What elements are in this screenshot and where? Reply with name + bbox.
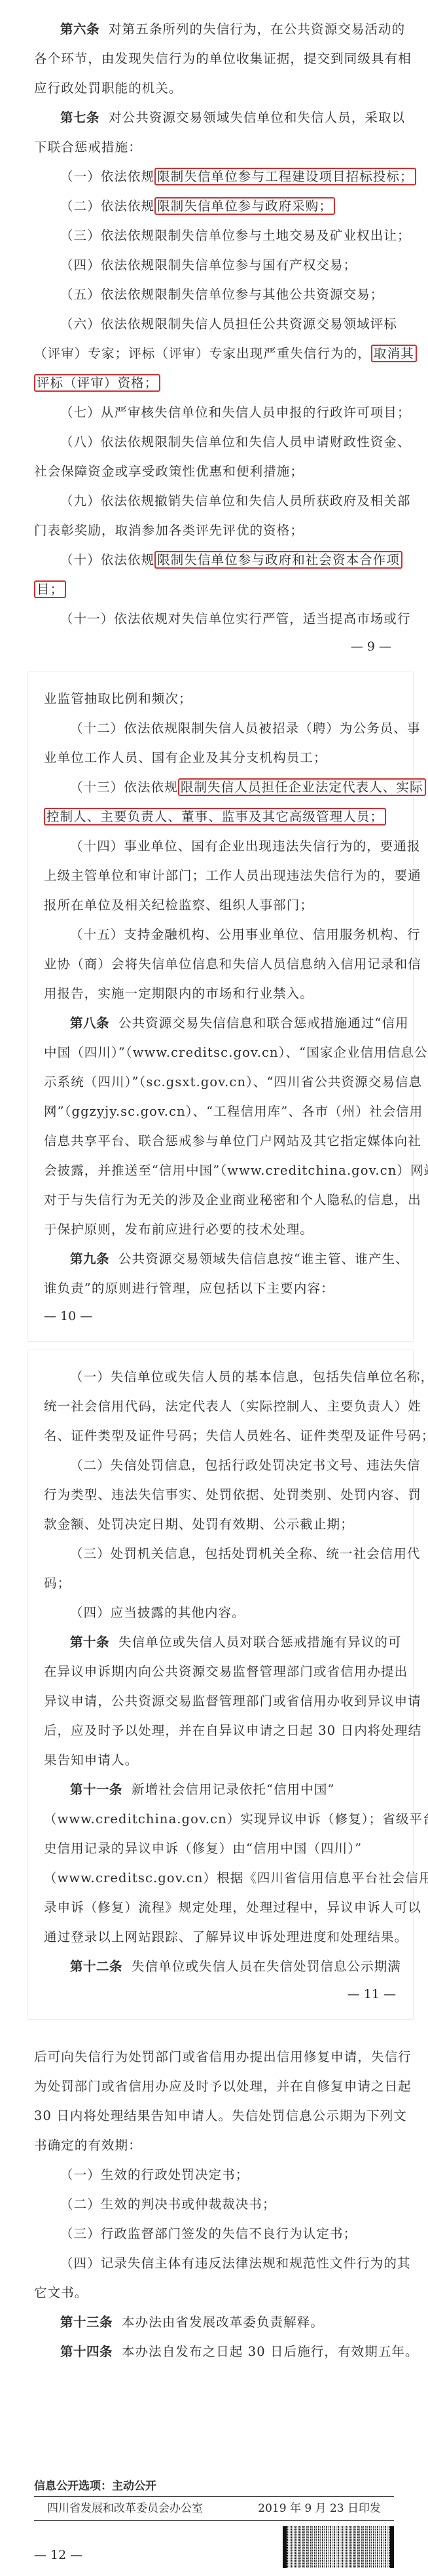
text-line: （八）依法依规限制失信单位和失信人员申请财政性资金、	[34, 427, 394, 457]
line-text: （四）依法依规限制失信单位参与国有产权交易；	[60, 257, 357, 273]
line-text: 谁负责”的原则进行管理，应包括以下主要内容：	[44, 1281, 334, 1296]
text-line: 录申诉（修复）流程》规定处理，处理过程中，异议申诉人可以	[44, 1893, 399, 1922]
line-text: 于保护原则，发布前应进行必要的技术处理。	[44, 1222, 313, 1237]
page-11: （一）失信单位或失信人员的基本信息，包括失信单位名称，统一社会信用代码，法定代表…	[27, 1350, 414, 2020]
text-line: 第十三条本办法由省发展改革委负责解释。	[34, 2307, 394, 2337]
text-line: （四）记录失信主体有违反法律法规和规范性文件行为的其	[34, 2248, 394, 2278]
issuer-row: 四川省发展和改革委员会办公室 2019 年 9 月 23 日印发	[34, 2497, 394, 2520]
text-line: （十三）依法依规限制失信人员担任企业法定代表人、实际	[44, 772, 399, 802]
footer-bottom-row: — 12 —	[34, 2526, 394, 2568]
text-line: 信息共享平台、联合惩戒参与单位门户网站及其它指定媒体向社	[44, 1126, 399, 1156]
line-text: （二）生效的判决书或仲裁裁决书；	[60, 2197, 276, 2212]
text-line: （十一）依法依规对失信单位实行严管，适当提高市场或行	[34, 604, 394, 634]
line-text: 它文书。	[34, 2285, 88, 2300]
article-heading: 第六条	[60, 22, 99, 37]
text-line: 用报告，实施一定期限内的市场和行业禁入。	[44, 979, 399, 1008]
text-line: （www.creditsc.gov.cn）根据《四川省信用信息平台社会信用记	[44, 1863, 399, 1893]
line-text: 30 日内将处理结果告知申请人。失信处罚信息公示期为下列文	[34, 2108, 407, 2123]
line-text: 门表彰奖励，取消参加各类评先评优的资格；	[34, 523, 304, 538]
text-line: （一）依法依规限制失信单位参与工程建设项目招标投标；	[34, 162, 394, 191]
line-text: （七）从严审核失信单位和失信人员申报的行政许可项目；	[60, 405, 411, 420]
highlighted-text: 控制人、主要负责人、董事、监事及其它高级管理人员；	[44, 808, 386, 825]
text-line: 第十二条失信单位或失信人员在失信处罚信息公示期满	[44, 1952, 399, 1981]
line-text: （四）应当披露的其他内容。	[70, 1605, 245, 1620]
text-line: 款金额、处罚决定日期、处罚有效期、公示截止期；	[44, 1509, 399, 1539]
line-text: 后，应及时予以处理，并在自异议申请之日起 30 日内将处理结	[44, 1723, 421, 1738]
line-text: 网”（ggzyjy.sc.gov.cn）、“工程信用库”、各市（州）社会信用	[44, 1104, 423, 1119]
article-heading: 第七条	[60, 110, 99, 125]
2d-barcode-icon	[283, 2526, 394, 2568]
text-line: 目；	[34, 575, 394, 604]
text-line: （二）失信处罚信息，包括行政处罚决定书文号、违法失信	[44, 1450, 399, 1480]
line-text: （三）依法依规限制失信单位参与土地交易及矿业权出让；	[60, 228, 411, 243]
line-prefix: （一）依法依规	[60, 169, 154, 184]
line-text: 本办法自发布之日起 30 日后施行，有效期五年。	[122, 2344, 419, 2359]
text-line: 通过登录以上网站跟踪、了解异议申诉处理进度和处理结果。	[44, 1922, 399, 1952]
line-text: 业监管抽取比例和频次；	[44, 691, 192, 706]
line-text: 书确定的有效期：	[34, 2138, 142, 2153]
text-line: （四）依法依规限制失信单位参与国有产权交易；	[34, 250, 394, 280]
highlighted-text: 取消其	[371, 345, 417, 362]
line-text: （一）失信单位或失信人员的基本信息，包括失信单位名称，	[70, 1369, 428, 1384]
highlighted-text: 目；	[34, 580, 66, 598]
text-line: 第八条公共资源交易失信信息和联合惩戒措施通过“信用	[44, 1008, 399, 1038]
text-line: 为处罚部门或省信用办应及时予以处理，并在自修复申请之日起	[34, 2072, 394, 2101]
text-line: （www.creditchina.gov.cn）实现异议申诉（修复）；省级平台历	[44, 1804, 399, 1834]
page-number: — 9 —	[34, 634, 394, 660]
line-text: 为处罚部门或省信用办应及时予以处理，并在自修复申请之日起	[34, 2079, 412, 2094]
text-line: 报所在单位及相关纪检监察、组织人事部门；	[44, 890, 399, 920]
highlighted-text: 限制失信单位参与工程建设项目招标投标；	[154, 168, 416, 185]
text-line: 第六条对第五条所列的失信行为，在公共资源交易活动的	[34, 14, 394, 44]
line-prefix: （评审）专家；评标（评审）专家出现严重失信行为的，	[34, 346, 371, 361]
text-line: 业监管抽取比例和频次；	[44, 684, 399, 713]
text-line: 社会保障资金或享受政策性优惠和便利措施；	[34, 457, 394, 486]
line-text: 异议申请，公共资源交易监督管理部门或省信用办收到异议申请	[44, 1694, 421, 1709]
text-line: （四）应当披露的其他内容。	[44, 1598, 399, 1627]
line-text: （www.creditchina.gov.cn）实现异议申诉（修复）；省级平台历	[44, 1811, 428, 1827]
line-text: 中国（四川）”（www.creditsc.gov.cn）、“国家企业信用信息公	[44, 1045, 428, 1060]
line-text: 通过登录以上网站跟踪、了解异议申诉处理进度和处理结果。	[44, 1929, 408, 1944]
text-line: 后可向失信行为处罚部门或省信用办提出信用修复申请，失信行	[34, 2042, 394, 2072]
text-line: （十五）支持金融机构、公用事业单位、信用服务机构、行	[44, 920, 399, 949]
line-text: 用报告，实施一定期限内的市场和行业禁入。	[44, 986, 313, 1001]
article-heading: 第十一条	[70, 1782, 122, 1797]
line-text: 各个环节，由发现失信行为的单位收集证据，提交到同级具有相	[34, 51, 412, 66]
page-gap	[0, 2020, 428, 2028]
page-gap	[0, 1342, 428, 1350]
text-line: 下联合惩戒措施：	[34, 132, 394, 162]
line-text: （十二）依法依规限制失信人员被招录（聘）为公务员、事	[70, 721, 421, 736]
issue-date: 2019 年 9 月 23 日印发	[258, 2497, 381, 2520]
text-line: （二）依法依规限制失信单位参与政府采购；	[34, 191, 394, 221]
text-line: （六）依法依规限制失信人员担任公共资源交易领域评标	[34, 309, 394, 339]
line-text: 会披露，并推送至“信用中国”（www.creditchina.gov.cn）网站…	[44, 1163, 428, 1178]
text-line: 对于与失信行为无关的涉及企业商业秘密和个人隐私的信息，出	[44, 1185, 399, 1215]
text-line: （十四）事业单位、国有企业出现违法失信行为的，要通报	[44, 831, 399, 861]
line-text: 名、证件类型及证件号码；失信人员姓名、证件类型及证件号码；	[44, 1428, 428, 1443]
text-line: 门表彰奖励，取消参加各类评先评优的资格；	[34, 516, 394, 545]
page-number: — 10 —	[44, 1303, 399, 1329]
line-text: 行为类型、违法失信事实、处罚依据、处罚类别、处罚内容、罚	[44, 1487, 421, 1502]
text-line: 业协（商）会将失信单位信息和失信人员信息纳入信用记录和信	[44, 949, 399, 979]
line-text: 示系统（四川）”（sc.gsxt.gov.cn）、“四川省公共资源交易信息	[44, 1074, 422, 1089]
text-line: （三）依法依规限制失信单位参与土地交易及矿业权出让；	[34, 221, 394, 250]
text-line: 统一社会信用代码，法定代表人（实际控制人、主要负责人）姓	[44, 1392, 399, 1421]
text-line: 后，应及时予以处理，并在自异议申请之日起 30 日内将处理结	[44, 1716, 399, 1745]
text-line: 第十条失信单位或失信人员对联合惩戒措施有异议的可	[44, 1627, 399, 1657]
line-text: 报所在单位及相关纪检监察、组织人事部门；	[44, 898, 313, 913]
line-text: 对第五条所列的失信行为，在公共资源交易活动的	[109, 22, 405, 37]
text-line: （十）依法依规限制失信单位参与政府和社会资本合作项	[34, 545, 394, 575]
page-10: 业监管抽取比例和频次；（十二）依法依规限制失信人员被招录（聘）为公务员、事业单位…	[27, 672, 414, 1342]
issuer-name: 四川省发展和改革委员会办公室	[47, 2497, 203, 2520]
line-text: 新增社会信用记录依托“信用中国”	[132, 1782, 335, 1797]
text-line: 果告知申请人。	[44, 1745, 399, 1775]
text-line: （三）处罚机关信息，包括处罚机关全称、统一社会信用代	[44, 1539, 399, 1568]
text-line: 它文书。	[34, 2278, 394, 2307]
disclosure-label: 信息公开选项：主动公开	[34, 2476, 394, 2496]
highlighted-text: 限制失信单位参与政府采购；	[154, 197, 335, 215]
line-text: 失信单位或失信人员对联合惩戒措施有异议的可	[118, 1635, 402, 1650]
text-line: 30 日内将处理结果告知申请人。失信处罚信息公示期为下列文	[34, 2101, 394, 2131]
text-line: 书确定的有效期：	[34, 2131, 394, 2160]
blank-space	[0, 2378, 428, 2476]
line-text: （三）处罚机关信息，包括处罚机关全称、统一社会信用代	[70, 1546, 421, 1561]
document: 第六条对第五条所列的失信行为，在公共资源交易活动的各个环节，由发现失信行为的单位…	[0, 0, 428, 2576]
line-text: （二）失信处罚信息，包括行政处罚决定书文号、违法失信	[70, 1458, 421, 1473]
line-text: 对公共资源交易领域失信单位和失信人员，采取以	[109, 110, 405, 125]
article-heading: 第十四条	[60, 2344, 113, 2359]
text-line: 第九条公共资源交易领域失信信息按“谁主管、谁产生、	[44, 1244, 399, 1274]
line-text: 信息共享平台、联合惩戒参与单位门户网站及其它指定媒体向社	[44, 1133, 421, 1148]
text-line: 史信用记录的异议申诉（修复）由“信用中国（四川）”	[44, 1834, 399, 1863]
line-text: 后可向失信行为处罚部门或省信用办提出信用修复申请，失信行	[34, 2049, 412, 2064]
line-text: 史信用记录的异议申诉（修复）由“信用中国（四川）”	[44, 1841, 362, 1856]
article-heading: 第十三条	[60, 2315, 113, 2330]
text-line: （五）依法依规限制失信单位参与其他公共资源交易；	[34, 280, 394, 309]
line-text: 上级主管单位和审计部门；工作人员出现违法失信行为的，要通	[44, 868, 421, 883]
text-line: 第十一条新增社会信用记录依托“信用中国”	[44, 1775, 399, 1804]
line-text: 公共资源交易失信信息和联合惩戒措施通过“信用	[118, 1015, 409, 1031]
text-line: 应行政处罚职能的机关。	[34, 73, 394, 103]
text-line: 于保护原则，发布前应进行必要的技术处理。	[44, 1215, 399, 1244]
highlighted-text: 限制失信单位参与政府和社会资本合作项	[154, 551, 402, 569]
text-line: 网”（ggzyjy.sc.gov.cn）、“工程信用库”、各市（州）社会信用	[44, 1097, 399, 1126]
line-text: 应行政处罚职能的机关。	[34, 81, 183, 96]
line-text: 对于与失信行为无关的涉及企业商业秘密和个人隐私的信息，出	[44, 1192, 421, 1207]
text-line: （一）失信单位或失信人员的基本信息，包括失信单位名称，	[44, 1362, 399, 1392]
article-heading: 第九条	[70, 1251, 109, 1266]
text-line: （二）生效的判决书或仲裁裁决书；	[34, 2189, 394, 2219]
text-line: 各个环节，由发现失信行为的单位收集证据，提交到同级具有相	[34, 44, 394, 73]
article-heading: 第八条	[70, 1015, 109, 1031]
line-text: 失信单位或失信人员在失信处罚信息公示期满	[132, 1959, 401, 1974]
text-line: 码；	[44, 1568, 399, 1598]
text-line: 控制人、主要负责人、董事、监事及其它高级管理人员；	[44, 802, 399, 831]
page-12: 后可向失信行为处罚部门或省信用办提出信用修复申请，失信行为处罚部门或省信用办应及…	[0, 2028, 428, 2378]
text-line: 上级主管单位和审计部门；工作人员出现违法失信行为的，要通	[44, 861, 399, 890]
line-text: 统一社会信用代码，法定代表人（实际控制人、主要负责人）姓	[44, 1399, 421, 1414]
line-text: （十一）依法依规对失信单位实行严管，适当提高市场或行	[60, 611, 411, 626]
line-text: （六）依法依规限制失信人员担任公共资源交易领域评标	[60, 316, 397, 331]
text-line: （十二）依法依规限制失信人员被招录（聘）为公务员、事	[44, 713, 399, 743]
text-line: 异议申请，公共资源交易监督管理部门或省信用办收到异议申请	[44, 1686, 399, 1716]
page-number: — 12 —	[34, 2542, 82, 2568]
line-text: 业单位工作人员、国有企业及其分支机构员工；	[44, 750, 327, 765]
line-text: 公共资源交易领域失信信息按“谁主管、谁产生、	[118, 1251, 409, 1266]
line-text: （十四）事业单位、国有企业出现违法失信行为的，要通报	[70, 839, 421, 854]
line-text: 码；	[44, 1576, 71, 1591]
article-heading: 第十二条	[70, 1959, 122, 1974]
text-line: （三）行政监督部门签发的失信不良行为认定书；	[34, 2219, 394, 2248]
page-number: — 11 —	[44, 1981, 399, 2007]
line-text: 本办法由省发展改革委负责解释。	[122, 2315, 324, 2330]
highlighted-text: 评标（评审）资格；	[34, 374, 160, 392]
line-text: （四）记录失信主体有违反法律法规和规范性文件行为的其	[60, 2256, 411, 2271]
highlighted-text: 限制失信人员担任企业法定代表人、实际	[178, 778, 426, 796]
line-text: 业协（商）会将失信单位信息和失信人员信息纳入信用记录和信	[44, 957, 421, 972]
text-line: 第十四条本办法自发布之日起 30 日后施行，有效期五年。	[34, 2337, 394, 2366]
line-text: （九）依法依规撤销失信单位和失信人员所获政府及相关部	[60, 493, 411, 508]
text-line: 中国（四川）”（www.creditsc.gov.cn）、“国家企业信用信息公	[44, 1038, 399, 1067]
text-line: （一）生效的行政处罚决定书；	[34, 2160, 394, 2189]
text-line: （评审）专家；评标（评审）专家出现严重失信行为的，取消其	[34, 339, 394, 368]
line-text: 果告知申请人。	[44, 1752, 138, 1768]
line-prefix: （十）依法依规	[60, 552, 154, 567]
line-text: 在异议申诉期内向公共资源交易监督管理部门或省信用办提出	[44, 1664, 408, 1679]
line-text: （八）依法依规限制失信单位和失信人员申请财政性资金、	[60, 434, 411, 449]
line-text: 社会保障资金或享受政策性优惠和便利措施；	[34, 464, 304, 479]
line-text: （十五）支持金融机构、公用事业单位、信用服务机构、行	[70, 927, 421, 942]
line-text: （www.creditsc.gov.cn）根据《四川省信用信息平台社会信用记	[44, 1870, 428, 1885]
text-line: （七）从严审核失信单位和失信人员申报的行政许可项目；	[34, 398, 394, 427]
text-line: （九）依法依规撤销失信单位和失信人员所获政府及相关部	[34, 486, 394, 516]
line-text: 下联合惩戒措施：	[34, 140, 142, 155]
text-line: 第七条对公共资源交易领域失信单位和失信人员，采取以	[34, 103, 394, 132]
line-prefix: （十三）依法依规	[70, 780, 178, 795]
text-line: 行为类型、违法失信事实、处罚依据、处罚类别、处罚内容、罚	[44, 1480, 399, 1509]
text-line: 业单位工作人员、国有企业及其分支机构员工；	[44, 743, 399, 772]
footer-rule-bottom	[34, 2520, 394, 2521]
text-line: 在异议申诉期内向公共资源交易监督管理部门或省信用办提出	[44, 1657, 399, 1686]
text-line: 示系统（四川）”（sc.gsxt.gov.cn）、“四川省公共资源交易信息	[44, 1067, 399, 1097]
text-line: 谁负责”的原则进行管理，应包括以下主要内容：	[44, 1274, 399, 1303]
line-prefix: （二）依法依规	[60, 199, 154, 214]
line-text: 录申诉（修复）流程》规定处理，处理过程中，异议申诉人可以	[44, 1900, 421, 1915]
line-text: （一）生效的行政处罚决定书；	[60, 2167, 249, 2182]
text-line: 会披露，并推送至“信用中国”（www.creditchina.gov.cn）网站…	[44, 1156, 399, 1185]
text-line: 名、证件类型及证件号码；失信人员姓名、证件类型及证件号码；	[44, 1421, 399, 1450]
text-line: 评标（评审）资格；	[34, 368, 394, 398]
page-9: 第六条对第五条所列的失信行为，在公共资源交易活动的各个环节，由发现失信行为的单位…	[0, 0, 428, 672]
article-heading: 第十条	[70, 1635, 109, 1650]
line-text: （三）行政监督部门签发的失信不良行为认定书；	[60, 2226, 357, 2241]
line-text: 款金额、处罚决定日期、处罚有效期、公示截止期；	[44, 1517, 354, 1532]
line-text: （五）依法依规限制失信单位参与其他公共资源交易；	[60, 287, 383, 302]
document-footer: 信息公开选项：主动公开 四川省发展和改革委员会办公室 2019 年 9 月 23…	[0, 2476, 428, 2576]
